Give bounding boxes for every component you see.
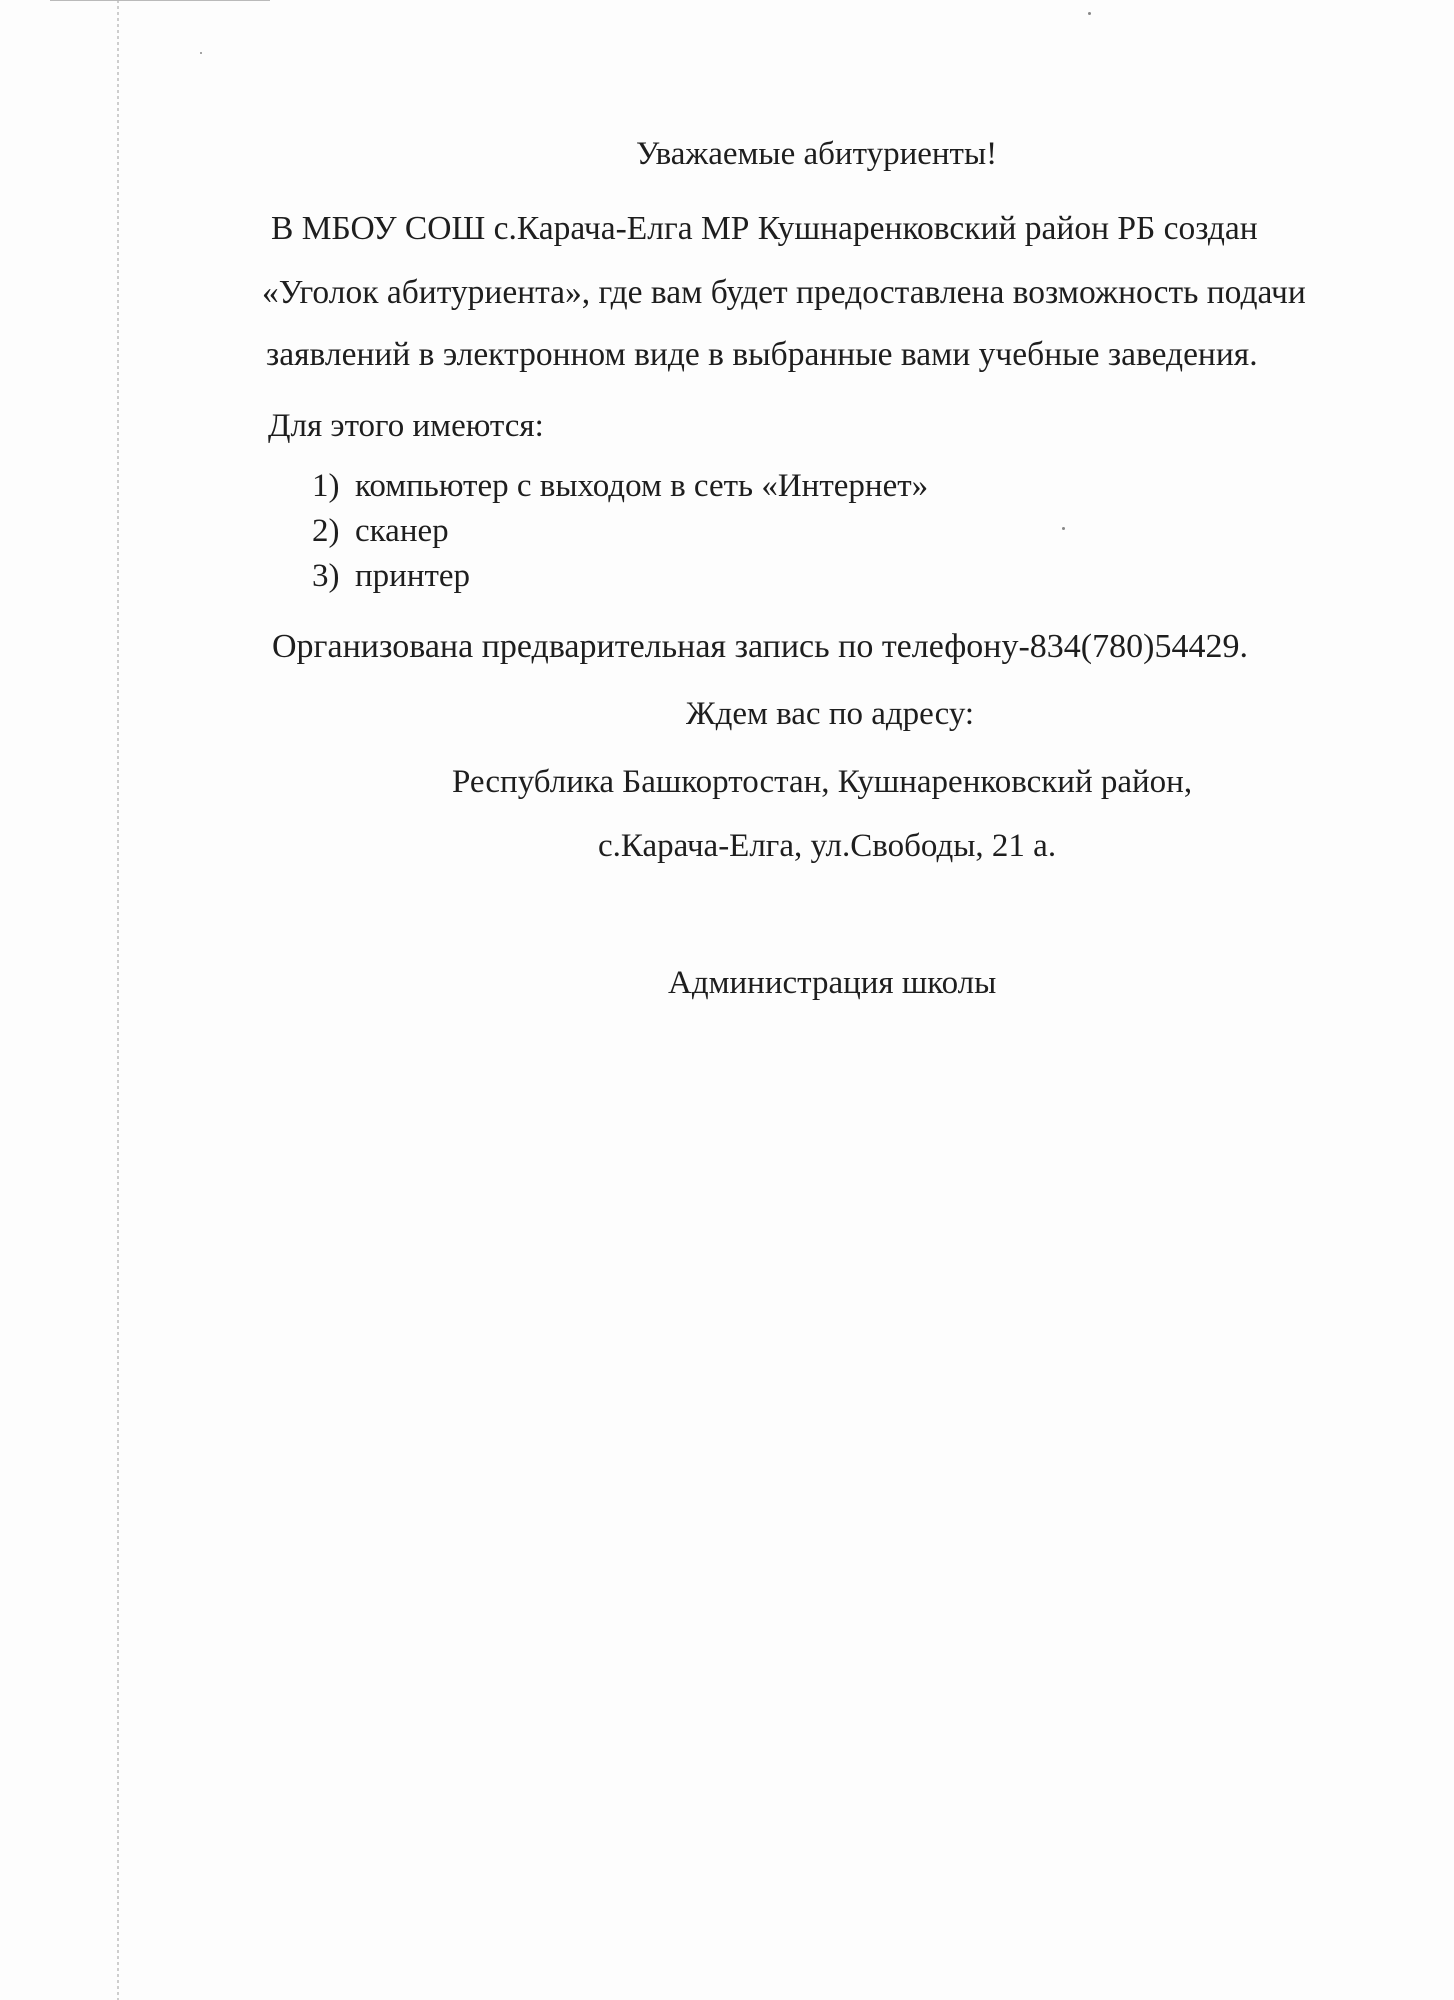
scan-top-edge: [50, 0, 270, 1]
list-item-text: сканер: [355, 513, 449, 549]
scan-left-edge: [117, 0, 119, 2000]
paragraph-line-1: В МБОУ СОШ с.Карача-Елга МР Кушнаренковс…: [271, 212, 1258, 246]
scan-speck: [1088, 12, 1091, 15]
list-intro: Для этого имеются:: [268, 410, 544, 443]
list-item-text: принтер: [355, 558, 470, 594]
scan-speck: [200, 52, 202, 54]
list-item-number: 2): [312, 515, 355, 548]
address-line-1: Республика Башкортостан, Кушнаренковский…: [452, 766, 1192, 799]
list-item-number: 3): [312, 560, 355, 593]
registration-text: Организована предварительная запись по т…: [272, 630, 1248, 664]
list-item-number: 1): [312, 470, 355, 503]
address-intro: Ждем вас по адресу:: [686, 698, 974, 731]
scan-speck: [1062, 527, 1065, 530]
list-item-text: компьютер с выходом в сеть «Интернет»: [355, 468, 928, 504]
paragraph-line-3: заявлений в электронном виде в выбранные…: [266, 338, 1258, 372]
list-item: 2)сканер: [312, 515, 449, 548]
signature: Администрация школы: [668, 967, 996, 1000]
paragraph-line-2: «Уголок абитуриента», где вам будет пред…: [262, 276, 1306, 310]
address-line-2: с.Карача-Елга, ул.Свободы, 21 а.: [598, 830, 1056, 863]
list-item: 1)компьютер с выходом в сеть «Интернет»: [312, 470, 928, 503]
document-title: Уважаемые абитуриенты!: [636, 138, 997, 171]
list-item: 3)принтер: [312, 560, 470, 593]
